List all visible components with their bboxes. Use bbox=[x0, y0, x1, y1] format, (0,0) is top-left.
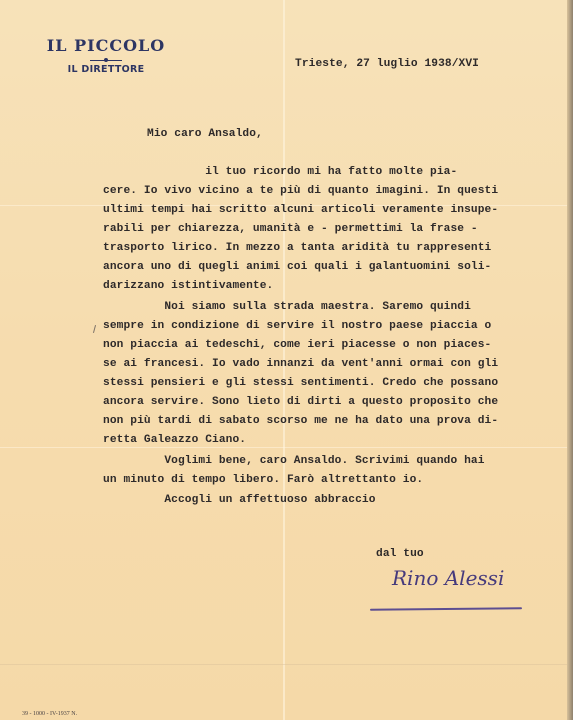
horizontal-fold-line bbox=[0, 447, 567, 448]
body-line: non più tardi di sabato scorso me ne ha … bbox=[103, 415, 498, 427]
letterhead: IL PICCOLO IL DIRETTORE bbox=[36, 36, 176, 75]
horizontal-fold-line bbox=[0, 664, 567, 665]
paper-edge bbox=[567, 0, 573, 720]
letterhead-subtitle: IL DIRETTORE bbox=[36, 64, 176, 75]
body-line: il tuo ricordo mi ha fatto molte pia- bbox=[103, 166, 457, 178]
body-line: non piaccia ai tedeschi, come ieri piace… bbox=[103, 339, 491, 351]
closing: dal tuo bbox=[376, 548, 424, 560]
body-line: stessi pensieri e gli stessi sentimenti.… bbox=[103, 377, 498, 389]
handwritten-signature: Rino Alessi bbox=[392, 566, 504, 590]
printer-footer-code: 39 - 1000 - IV-1937 N. bbox=[22, 711, 77, 717]
body-line: un minuto di tempo libero. Farò altretta… bbox=[103, 474, 423, 486]
body-line: sempre in condizione di servire il nostr… bbox=[103, 320, 491, 332]
letterhead-divider-ornament bbox=[90, 60, 122, 61]
body-line: Noi siamo sulla strada maestra. Saremo q… bbox=[103, 301, 471, 313]
letterhead-title: IL PICCOLO bbox=[36, 36, 176, 55]
body-line: Voglimi bene, caro Ansaldo. Scrivimi qua… bbox=[103, 455, 485, 467]
body-line: retta Galeazzo Ciano. bbox=[103, 434, 246, 446]
body-line: cere. Io vivo vicino a te più di quanto … bbox=[103, 185, 498, 197]
salutation: Mio caro Ansaldo, bbox=[147, 128, 263, 140]
body-line: Accogli un affettuoso abbraccio bbox=[103, 494, 376, 506]
body-line: trasporto lirico. In mezzo a tanta aridi… bbox=[103, 242, 491, 254]
body-line: se ai francesi. Io vado innanzi da vent'… bbox=[103, 358, 498, 370]
dateline: Trieste, 27 luglio 1938/XVI bbox=[295, 58, 479, 70]
body-line: ancora servire. Sono lieto di dirti a qu… bbox=[103, 396, 498, 408]
body-line: ancora uno di quegli animi coi quali i g… bbox=[103, 261, 491, 273]
body-line: darizzano istintivamente. bbox=[103, 280, 273, 292]
body-line: rabili per chiarezza, umanità e - permet… bbox=[103, 223, 478, 235]
body-line: ultimi tempi hai scritto alcuni articoli… bbox=[103, 204, 498, 216]
